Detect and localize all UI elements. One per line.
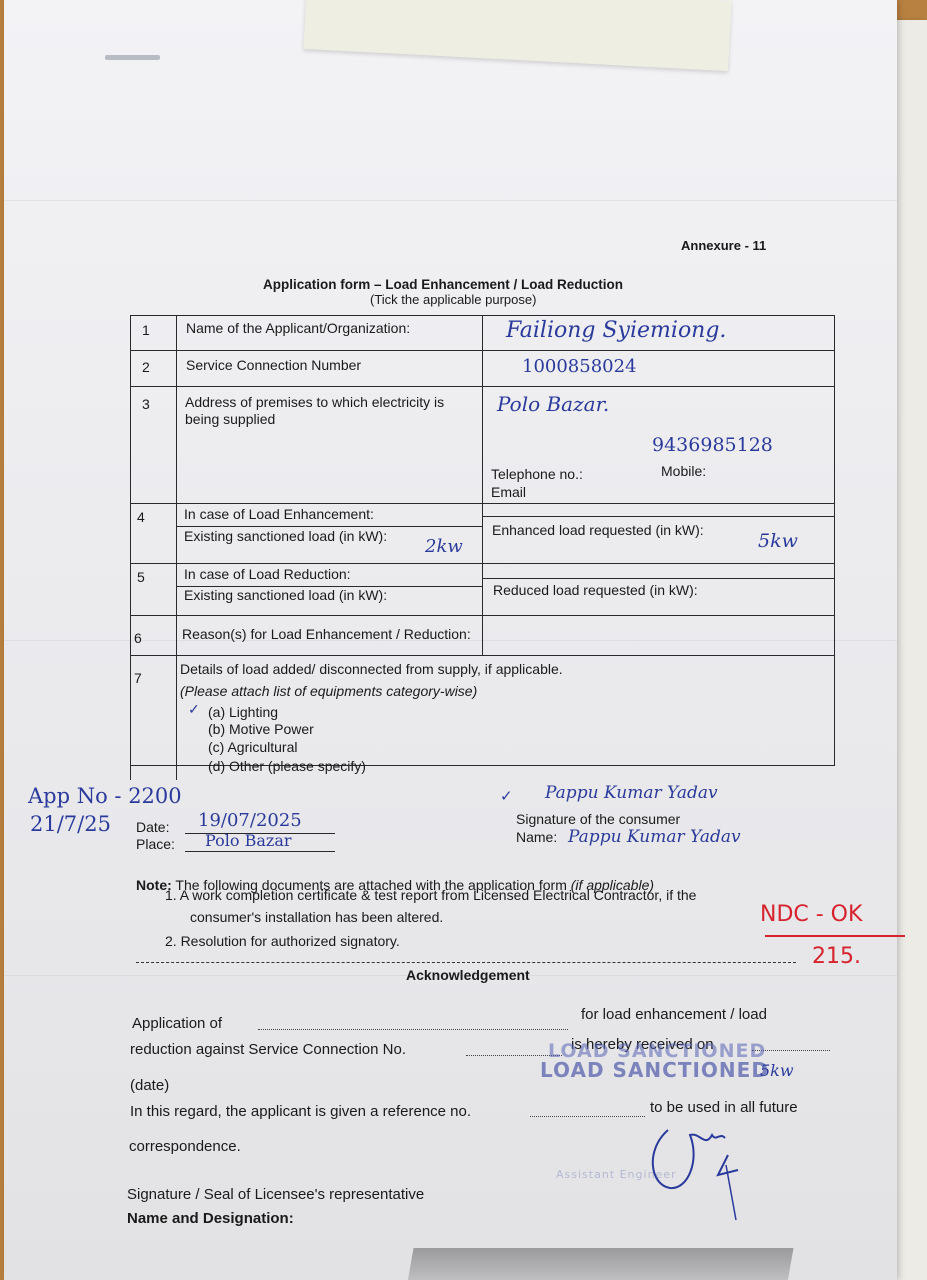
- enhanced-load-value[interactable]: 5kw: [758, 530, 798, 552]
- ack-line5: correspondence.: [129, 1138, 241, 1155]
- applicant-name-value[interactable]: Failiong Syiemiong.: [506, 318, 726, 343]
- row-number-1: 1: [142, 322, 150, 338]
- app-date-annotation: 21/7/25: [30, 812, 111, 836]
- existing-load-enh-label: Existing sanctioned load (in kW):: [184, 528, 387, 544]
- address-value[interactable]: Polo Bazar.: [497, 392, 609, 416]
- load-details-label: Details of load added/ disconnected from…: [180, 661, 563, 677]
- place-label: Place:: [136, 836, 175, 852]
- date-value[interactable]: 19/07/2025: [198, 810, 302, 831]
- service-connection-label: Service Connection Number: [186, 357, 361, 373]
- enhanced-load-label: Enhanced load requested (in kW):: [492, 522, 704, 538]
- mobile-label: Mobile:: [661, 463, 706, 479]
- note-item-1: 1. A work completion certificate & test …: [165, 887, 696, 903]
- place-value[interactable]: Polo Bazar: [205, 831, 292, 850]
- lighting-check-icon[interactable]: ✓: [188, 702, 200, 718]
- name-designation-label: Name and Designation:: [127, 1210, 294, 1227]
- row-number-3: 3: [142, 396, 150, 412]
- telephone-label: Telephone no.:: [491, 466, 583, 482]
- load-enhancement-header: In case of Load Enhancement:: [184, 506, 374, 522]
- load-details-sublabel: (Please attach list of equipments catego…: [180, 683, 477, 699]
- ack-line4-a: In this regard, the applicant is given a…: [130, 1103, 471, 1120]
- page-shadow: [406, 1248, 793, 1280]
- option-motive-power[interactable]: (b) Motive Power: [208, 721, 314, 737]
- consumer-signature-label: Signature of the consumer: [516, 811, 680, 827]
- ack-line2-a: reduction against Service Connection No.: [130, 1041, 406, 1058]
- form-subtitle: (Tick the applicable purpose): [370, 292, 536, 307]
- row-number-7: 7: [134, 670, 142, 686]
- load-sanctioned-stamp-2: LOAD SANCTIONED: [540, 1058, 769, 1082]
- existing-load-enh-value[interactable]: 2kw: [425, 536, 463, 557]
- licensee-signature-label: Signature / Seal of Licensee's represent…: [127, 1186, 424, 1203]
- ack-line1-a: Application of: [132, 1015, 222, 1032]
- acknowledgement-title: Acknowledgement: [406, 967, 530, 983]
- load-reduction-header: In case of Load Reduction:: [184, 566, 351, 582]
- row-number-4: 4: [137, 509, 145, 525]
- form-title: Application form – Load Enhancement / Lo…: [263, 277, 623, 292]
- row-number-6: 6: [134, 630, 142, 646]
- staple: [105, 55, 160, 60]
- consumer-name-value[interactable]: Pappu Kumar Yadav: [568, 827, 741, 847]
- address-label: Address of premises to which electricity…: [185, 394, 470, 428]
- consumer-signature[interactable]: Pappu Kumar Yadav: [545, 783, 718, 803]
- row-number-2: 2: [142, 359, 150, 375]
- reason-label: Reason(s) for Load Enhancement / Reducti…: [182, 625, 472, 643]
- option-lighting[interactable]: (a) Lighting: [208, 704, 278, 720]
- mobile-value[interactable]: 9436985128: [652, 434, 773, 456]
- applicant-name-label: Name of the Applicant/Organization:: [186, 320, 410, 336]
- app-number-annotation: App No - 2200: [28, 784, 182, 808]
- ack-line1-b: for load enhancement / load: [581, 1006, 767, 1023]
- stamp-load-value: 5kw: [760, 1061, 794, 1080]
- option-other[interactable]: (d) Other (please specify): [208, 758, 366, 774]
- ack-line4-b: to be used in all future: [650, 1099, 798, 1116]
- service-connection-value[interactable]: 1000858024: [522, 356, 637, 377]
- ack-date-label: (date): [130, 1077, 169, 1094]
- signature-check-icon: ✓: [500, 787, 513, 805]
- note-item-2: 2. Resolution for authorized signatory.: [165, 933, 400, 949]
- ndc-ok-annotation: NDC - OK: [760, 902, 862, 927]
- existing-load-red-label: Existing sanctioned load (in kW):: [184, 587, 387, 603]
- officer-seal-faded: Assistant Engineer: [556, 1168, 677, 1181]
- date-label: Date:: [136, 819, 169, 835]
- reduced-load-label: Reduced load requested (in kW):: [493, 582, 698, 598]
- row-number-5: 5: [137, 569, 145, 585]
- option-agricultural[interactable]: (c) Agricultural: [208, 739, 297, 755]
- consumer-name-label: Name:: [516, 829, 557, 845]
- ndc-reference-annotation: 215.: [812, 944, 861, 969]
- email-label: Email: [491, 484, 526, 500]
- annexure-label: Annexure - 11: [681, 238, 766, 253]
- note-item-1-cont: consumer's installation has been altered…: [190, 909, 443, 925]
